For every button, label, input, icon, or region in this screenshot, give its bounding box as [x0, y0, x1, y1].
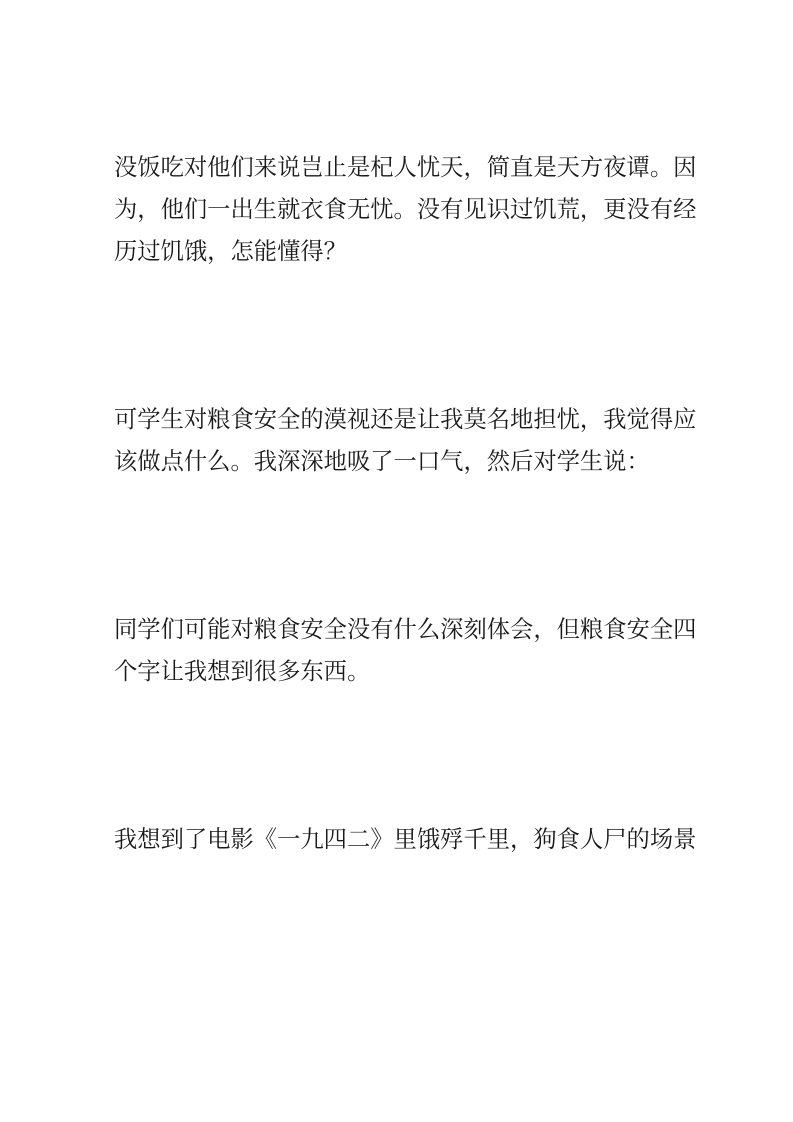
- paragraph-3: 同学们可能对粮食安全没有什么深刻体会，但粮食安全四 个字让我想到很多东西。: [114, 608, 729, 692]
- document-page: 没饭吃对他们来说岂止是杞人忧天，简直是天方夜谭。因 为，他们一出生就衣食无忧。没…: [0, 0, 793, 1122]
- paragraph-1: 没饭吃对他们来说岂止是杞人忧天，简直是天方夜谭。因 为，他们一出生就衣食无忧。没…: [114, 146, 729, 272]
- paragraph-4: 我想到了电影《一九四二》里饿殍千里，狗食人尸的场景: [114, 818, 729, 860]
- paragraph-2: 可学生对粮食安全的漠视还是让我莫名地担忧，我觉得应 该做点什么。我深深地吸了一口…: [114, 398, 729, 482]
